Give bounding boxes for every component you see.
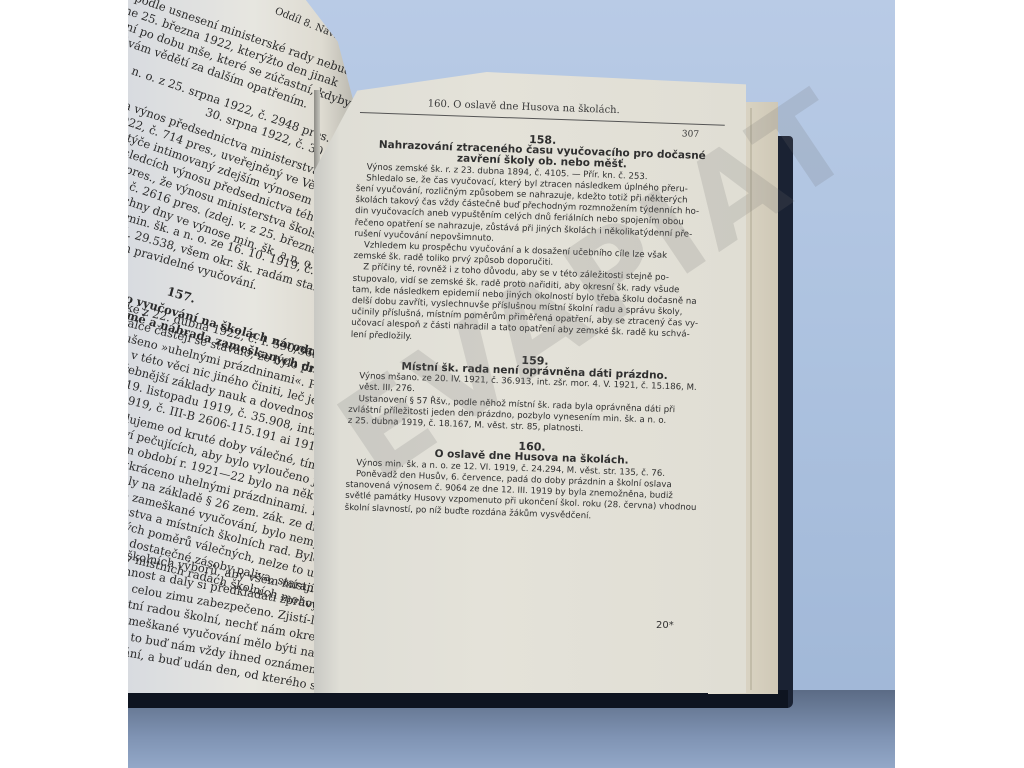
book-photo: Oddíl 8. Návštěva školy. podle usnesení …	[128, 0, 895, 768]
signature-mark: 20*	[656, 620, 674, 631]
